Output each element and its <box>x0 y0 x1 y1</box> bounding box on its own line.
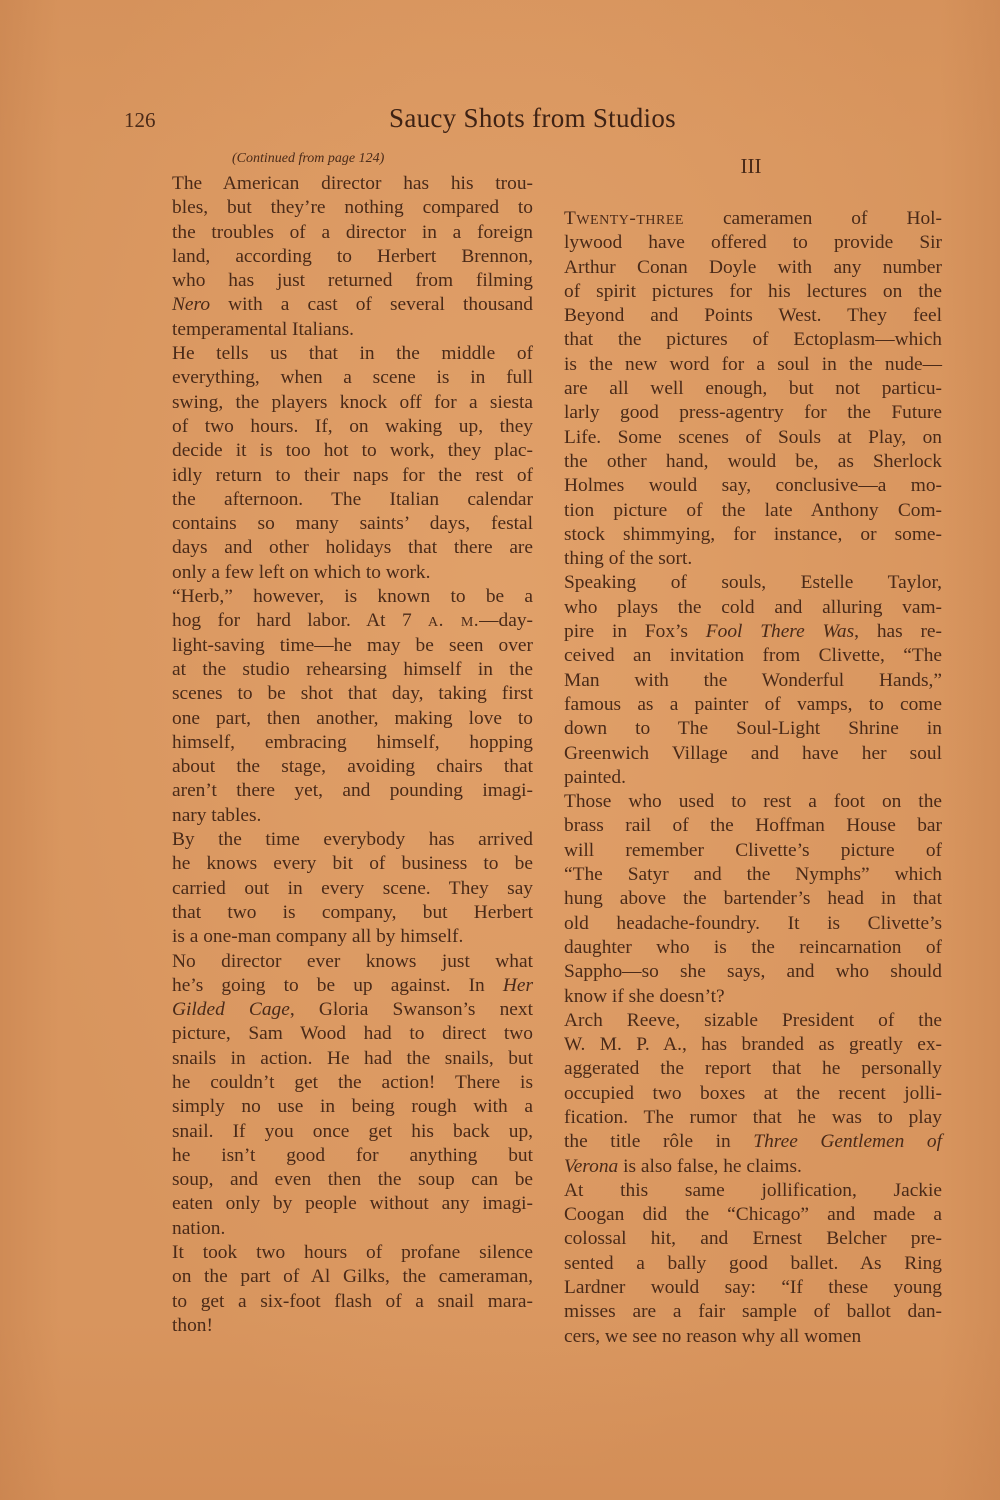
left-paragraph: “Herb,” however, is known to be ahog for… <box>148 585 533 828</box>
text-line: colossal hit, and Ernest Belcher pre- <box>540 1227 942 1251</box>
text-line: bles, but they’re nothing compared to <box>148 196 533 220</box>
text-line: sented a bally good ballet. As Ring <box>540 1252 942 1276</box>
right-paragraph: Those who used to rest a foot on thebras… <box>540 790 942 1009</box>
text-line: Greenwich Village and have her soul <box>540 742 942 766</box>
text-line: Life. Some scenes of Souls at Play, on <box>540 426 942 450</box>
text-line: he’s going to be up against. In Her <box>148 974 533 998</box>
text-line: down to The Soul-Light Shrine in <box>540 717 942 741</box>
text-line: about the stage, avoiding chairs that <box>148 755 533 779</box>
text-line: who plays the cold and alluring vam- <box>540 596 942 620</box>
text-line: He tells us that in the middle of <box>148 342 533 366</box>
left-paragraph: The American director has his trou-bles,… <box>148 172 533 342</box>
text-line: soup, and even then the soup can be <box>148 1168 533 1192</box>
text-line: is a one-man company all by himself. <box>148 925 533 949</box>
text-line: only a few left on which to work. <box>148 561 533 585</box>
text-line: cers, we see no reason why all women <box>540 1325 942 1349</box>
text-line: pire in Fox’s Fool There Was, has re- <box>540 620 942 644</box>
text-line: aren’t there yet, and pounding imagi- <box>148 779 533 803</box>
text-line: he isn’t good for anything but <box>148 1144 533 1168</box>
text-line: “The Satyr and the Nymphs” which <box>540 863 942 887</box>
text-line: land, according to Herbert Brennon, <box>148 245 533 269</box>
text-line: Lardner would say: “If these young <box>540 1276 942 1300</box>
text-line: carried out in every scene. They say <box>148 877 533 901</box>
text-line: temperamental Italians. <box>148 318 533 342</box>
text-line: of two hours. If, on waking up, they <box>148 415 533 439</box>
text-line: of spirit pictures for his lectures on t… <box>540 280 942 304</box>
text-line: ceived an invitation from Clivette, “The <box>540 644 942 668</box>
left-paragraph: He tells us that in the middle ofeveryth… <box>148 342 533 585</box>
text-line: to get a six-foot flash of a snail mara- <box>148 1290 533 1314</box>
left-column: (Continued from page 124) The American d… <box>148 148 533 1338</box>
text-line: Arch Reeve, sizable President of the <box>540 1009 942 1033</box>
text-line: picture, Sam Wood had to direct two <box>148 1022 533 1046</box>
text-line: Verona is also false, he claims. <box>540 1155 942 1179</box>
text-line: thon! <box>148 1314 533 1338</box>
text-line: simply no use in being rough with a <box>148 1095 533 1119</box>
text-line: lywood have offered to provide Sir <box>540 231 942 255</box>
text-line: on the part of Al Gilks, the cameraman, <box>148 1265 533 1289</box>
text-line: nation. <box>148 1217 533 1241</box>
right-paragraph: Twenty-three cameramen of Hol-lywood hav… <box>540 207 942 571</box>
text-line: fication. The rumor that he was to play <box>540 1106 942 1130</box>
text-line: will remember Clivette’s picture of <box>540 839 942 863</box>
section-number: III <box>540 154 942 178</box>
text-line: the afternoon. The Italian calendar <box>148 488 533 512</box>
text-line: stock shimmying, for instance, or some- <box>540 523 942 547</box>
text-line: days and other holidays that there are <box>148 536 533 560</box>
text-line: hung above the bartender’s head in that <box>540 887 942 911</box>
text-line: Man with the Wonderful Hands,” <box>540 669 942 693</box>
page-number: 126 <box>124 108 156 133</box>
text-line: daughter who is the reincarnation of <box>540 936 942 960</box>
text-line: The American director has his trou- <box>148 172 533 196</box>
text-line: By the time everybody has arrived <box>148 828 533 852</box>
text-line: Arthur Conan Doyle with any number <box>540 256 942 280</box>
text-line: are all well enough, but not particu- <box>540 377 942 401</box>
continued-note: (Continued from page 124) <box>148 148 533 170</box>
text-line: the troubles of a director in a foreign <box>148 221 533 245</box>
text-line: Gilded Cage, Gloria Swanson’s next <box>148 998 533 1022</box>
right-paragraphs: Twenty-three cameramen of Hol-lywood hav… <box>540 207 942 1349</box>
text-line: Those who used to rest a foot on the <box>540 790 942 814</box>
left-paragraph: It took two hours of profane silenceon t… <box>148 1241 533 1338</box>
text-line: Coogan did the “Chicago” and made a <box>540 1203 942 1227</box>
running-title: Saucy Shots from Studios <box>389 103 676 134</box>
right-column: III Twenty-three cameramen of Hol-lywood… <box>540 148 942 1349</box>
text-line: scenes to be shot that day, taking first <box>148 682 533 706</box>
left-paragraphs: The American director has his trou-bles,… <box>148 172 533 1338</box>
text-line: Beyond and Points West. They feel <box>540 304 942 328</box>
text-line: contains so many saints’ days, festal <box>148 512 533 536</box>
text-line: is the new word for a soul in the nude— <box>540 353 942 377</box>
text-line: Holmes would say, conclusive—a mo- <box>540 474 942 498</box>
left-paragraph: By the time everybody has arrivedhe know… <box>148 828 533 949</box>
left-paragraph: No director ever knows just whathe’s goi… <box>148 950 533 1242</box>
lead-in: Twenty-three <box>564 208 684 229</box>
text-line: eaten only by people without any imagi- <box>148 1192 533 1216</box>
text-line: hog for hard labor. At 7 a. m.—day- <box>148 609 533 633</box>
text-line: occupied two boxes at the recent jolli- <box>540 1082 942 1106</box>
text-line: old headache-foundry. It is Clivette’s <box>540 912 942 936</box>
text-line: Speaking of souls, Estelle Taylor, <box>540 571 942 595</box>
text-line: the other hand, would be, as Sherlock <box>540 450 942 474</box>
text-line: one part, then another, making love to <box>148 707 533 731</box>
text-line: larly good press-agentry for the Future <box>540 401 942 425</box>
text-line: painted. <box>540 766 942 790</box>
text-line: tion picture of the late Anthony Com- <box>540 499 942 523</box>
text-line: famous as a painter of vamps, to come <box>540 693 942 717</box>
text-line: snail. If you once get his back up, <box>148 1120 533 1144</box>
text-line: himself, embracing himself, hopping <box>148 731 533 755</box>
text-line: he couldn’t get the action! There is <box>148 1071 533 1095</box>
right-paragraph: Arch Reeve, sizable President of theW. M… <box>540 1009 942 1179</box>
text-line: everything, when a scene is in full <box>148 366 533 390</box>
text-line: the title rôle in Three Gentlemen of <box>540 1130 942 1154</box>
text-line: It took two hours of profane silence <box>148 1241 533 1265</box>
text-line: “Herb,” however, is known to be a <box>148 585 533 609</box>
text-line: light-saving time—he may be seen over <box>148 634 533 658</box>
text-line: nary tables. <box>148 804 533 828</box>
right-paragraph: Speaking of souls, Estelle Taylor,who pl… <box>540 571 942 790</box>
text-line: aggerated the report that he personally <box>540 1057 942 1081</box>
text-line: who has just returned from filming <box>148 269 533 293</box>
text-line: misses are a fair sample of ballot dan- <box>540 1300 942 1324</box>
right-paragraph: At this same jollification, JackieCoogan… <box>540 1179 942 1349</box>
text-line: know if she doesn’t? <box>540 985 942 1009</box>
text-line: Sappho—so she says, and who should <box>540 960 942 984</box>
text-line: Nero with a cast of several thousand <box>148 293 533 317</box>
text-line: thing of the sort. <box>540 547 942 571</box>
text-line: that two is company, but Herbert <box>148 901 533 925</box>
text-line: swing, the players knock off for a siest… <box>148 391 533 415</box>
text-line: snails in action. He had the snails, but <box>148 1047 533 1071</box>
text-line: brass rail of the Hoffman House bar <box>540 814 942 838</box>
text-line: that the pictures of Ectoplasm—which <box>540 328 942 352</box>
text-line: Twenty-three cameramen of Hol- <box>540 207 942 231</box>
text-line: he knows every bit of business to be <box>148 852 533 876</box>
text-line: at the studio rehearsing himself in the <box>148 658 533 682</box>
text-line: decide it is too hot to work, they plac- <box>148 439 533 463</box>
text-line: W. M. P. A., has branded as greatly ex- <box>540 1033 942 1057</box>
text-line: At this same jollification, Jackie <box>540 1179 942 1203</box>
text-line: idly return to their naps for the rest o… <box>148 464 533 488</box>
text-line: No director ever knows just what <box>148 950 533 974</box>
